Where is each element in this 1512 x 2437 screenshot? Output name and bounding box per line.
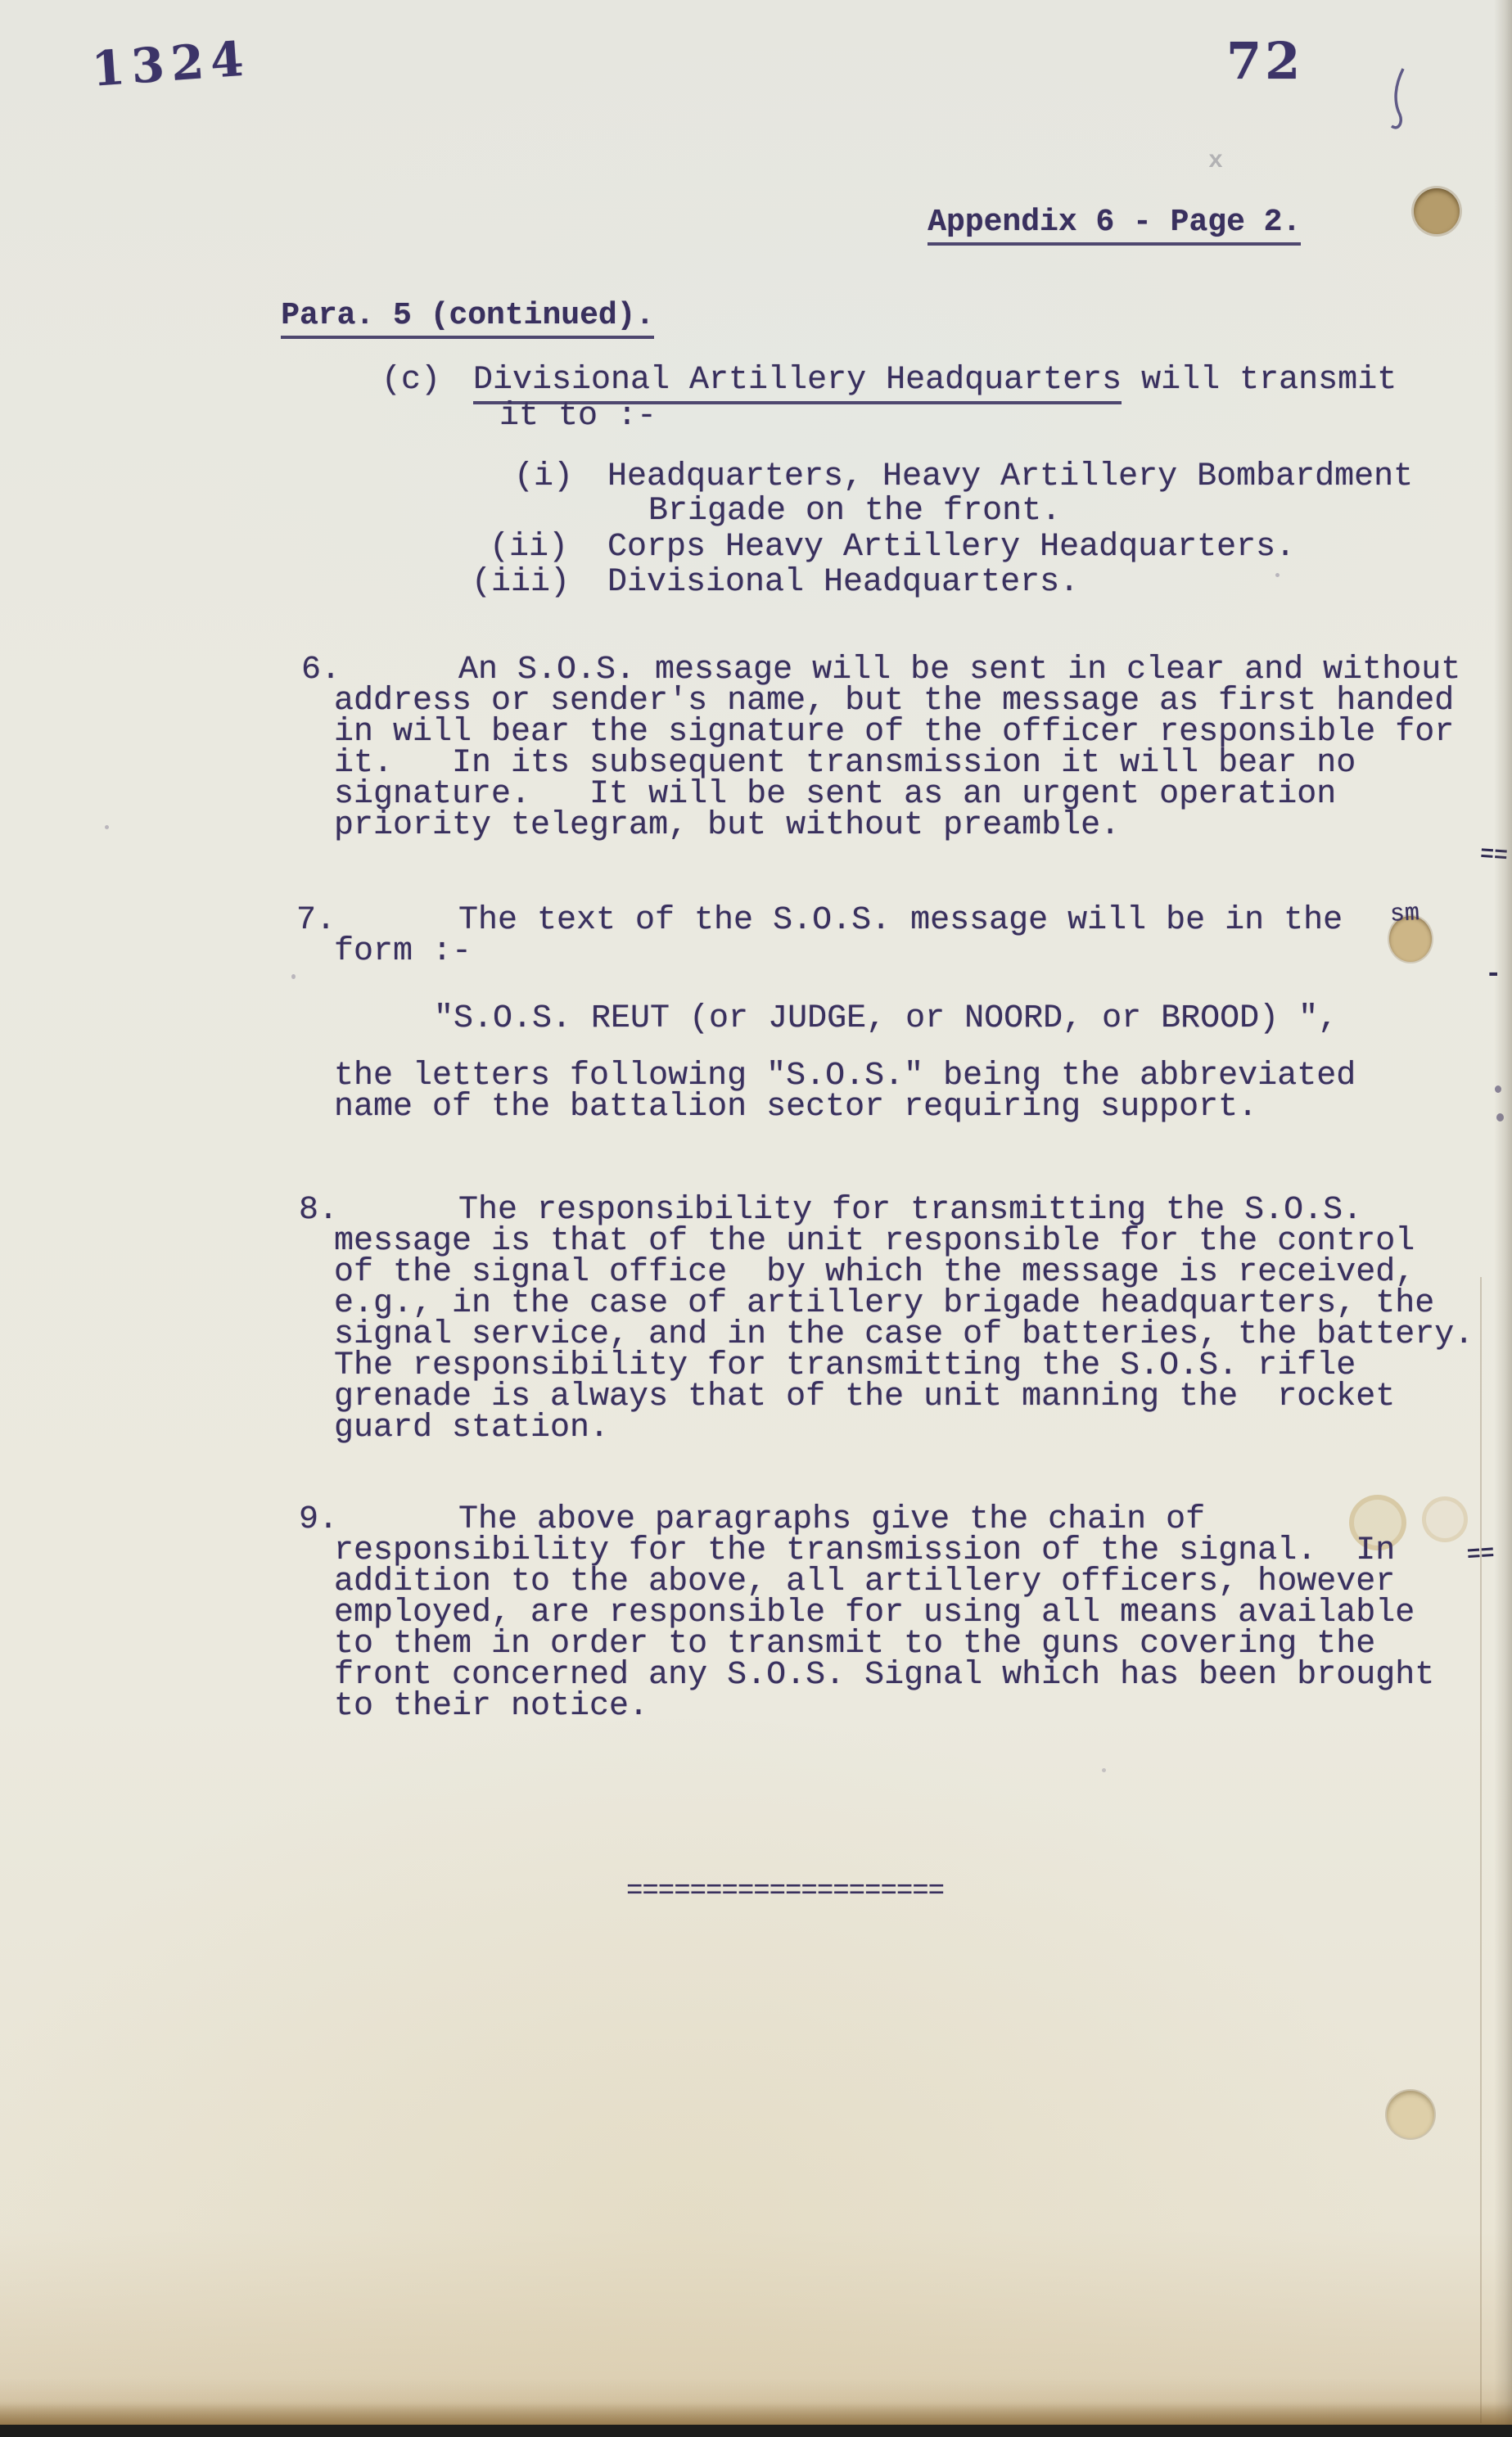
folio-number: 72 bbox=[1226, 31, 1303, 91]
text-line: the letters following "S.O.S." being the… bbox=[334, 1061, 1512, 1092]
item-c-label: (c) bbox=[381, 365, 440, 396]
text-line: The above paragraphs give the chain of bbox=[334, 1505, 1512, 1536]
para-9-body: The above paragraphs give the chain ofre… bbox=[334, 1505, 1512, 1722]
text-line: front concerned any S.O.S. Signal which … bbox=[334, 1660, 1512, 1691]
text-line: address or sender's name, but the messag… bbox=[334, 686, 1512, 717]
text-line: in will bear the signature of the office… bbox=[334, 717, 1512, 748]
text-line: guard station. bbox=[334, 1413, 1512, 1444]
text-line: to their notice. bbox=[334, 1691, 1512, 1722]
text-line: grenade is always that of the unit manni… bbox=[334, 1382, 1512, 1413]
para-8-number: 8. bbox=[299, 1195, 338, 1226]
text-line: An S.O.S. message will be sent in clear … bbox=[334, 655, 1512, 686]
subitem-i-text: Headquarters, Heavy Artillery Bombardmen… bbox=[607, 462, 1413, 493]
paper-right-edge bbox=[1494, 0, 1512, 2425]
text-line: message is that of the unit responsible … bbox=[334, 1226, 1512, 1257]
sos-code-quote: "S.O.S. REUT (or JUDGE, or NOORD, or BRO… bbox=[434, 1004, 1338, 1035]
paper-speck-2 bbox=[291, 974, 296, 979]
text-line: to them in order to transmit to the guns… bbox=[334, 1629, 1512, 1660]
para-8-body: The responsibility for transmitting the … bbox=[334, 1195, 1512, 1444]
text-line: it. In its subsequent transmission it wi… bbox=[334, 748, 1512, 779]
para-7-body: The text of the S.O.S. message will be i… bbox=[334, 905, 1512, 968]
subitem-iii-num: (iii) bbox=[472, 567, 570, 598]
text-line: signal service, and in the case of batte… bbox=[334, 1320, 1512, 1351]
text-line: The responsibility for transmitting the … bbox=[334, 1195, 1512, 1226]
para-9-number: 9. bbox=[299, 1505, 338, 1536]
text-line: responsibility for the transmission of t… bbox=[334, 1536, 1512, 1567]
section-subheading: Para. 5 (continued). bbox=[206, 267, 654, 365]
text-line: priority telegram, but without preamble. bbox=[334, 810, 1512, 842]
pencil-mark: x bbox=[1208, 147, 1223, 175]
text-line: signature. It will be sent as an urgent … bbox=[334, 779, 1512, 810]
paper-crease bbox=[1480, 1277, 1482, 2423]
text-line: The responsibility for transmitting the … bbox=[334, 1351, 1512, 1382]
paper-speck-3 bbox=[1275, 573, 1280, 577]
hole-word-fragment: sm bbox=[1389, 898, 1420, 931]
scanned-document-page: 1324 72 x Appendix 6 - Page 2. Para. 5 (… bbox=[0, 0, 1512, 2437]
paper-speck-4 bbox=[1102, 1768, 1106, 1772]
scan-background-edge bbox=[0, 2425, 1512, 2437]
page-heading: Appendix 6 - Page 2. bbox=[853, 174, 1301, 272]
paper-speck-1 bbox=[105, 825, 109, 829]
text-line: employed, are responsible for using all … bbox=[334, 1598, 1512, 1629]
punch-hole-top bbox=[1414, 188, 1460, 234]
para-7-continuation: the letters following "S.O.S." being the… bbox=[334, 1061, 1512, 1123]
section-subheading-text: Para. 5 (continued). bbox=[281, 298, 654, 339]
text-line: name of the battalion sector requiring s… bbox=[334, 1092, 1512, 1123]
para-7-number: 7. bbox=[296, 905, 336, 936]
subitem-iii-text: Divisional Headquarters. bbox=[607, 567, 1079, 598]
text-line: form :- bbox=[334, 936, 1512, 968]
text-line: addition to the above, all artillery off… bbox=[334, 1567, 1512, 1598]
para-6-body: An S.O.S. message will be sent in clear … bbox=[334, 655, 1512, 842]
subitem-i-num: (i) bbox=[514, 462, 573, 493]
subitem-ii-num: (ii) bbox=[490, 532, 568, 563]
subitem-ii-text: Corps Heavy Artillery Headquarters. bbox=[607, 532, 1295, 563]
text-line: of the signal office by which the messag… bbox=[334, 1257, 1512, 1288]
item-c-line2: it to :- bbox=[499, 401, 657, 432]
text-line: The text of the S.O.S. message will be i… bbox=[334, 905, 1512, 936]
page-heading-text: Appendix 6 - Page 2. bbox=[928, 205, 1301, 246]
typed-divider: ==================== bbox=[626, 1876, 944, 1907]
punch-hole-bottom bbox=[1387, 2091, 1434, 2138]
item-c-line1: Divisional Artillery Headquarters will t… bbox=[473, 365, 1397, 396]
paper-bottom-aging bbox=[0, 2378, 1512, 2425]
subitem-i-text2: Brigade on the front. bbox=[648, 496, 1061, 527]
text-line: e.g., in the case of artillery brigade h… bbox=[334, 1288, 1512, 1320]
item-c-after: will transmit bbox=[1122, 362, 1397, 399]
stamp-number: 1324 bbox=[90, 30, 252, 97]
pen-mark-icon bbox=[1383, 64, 1416, 138]
